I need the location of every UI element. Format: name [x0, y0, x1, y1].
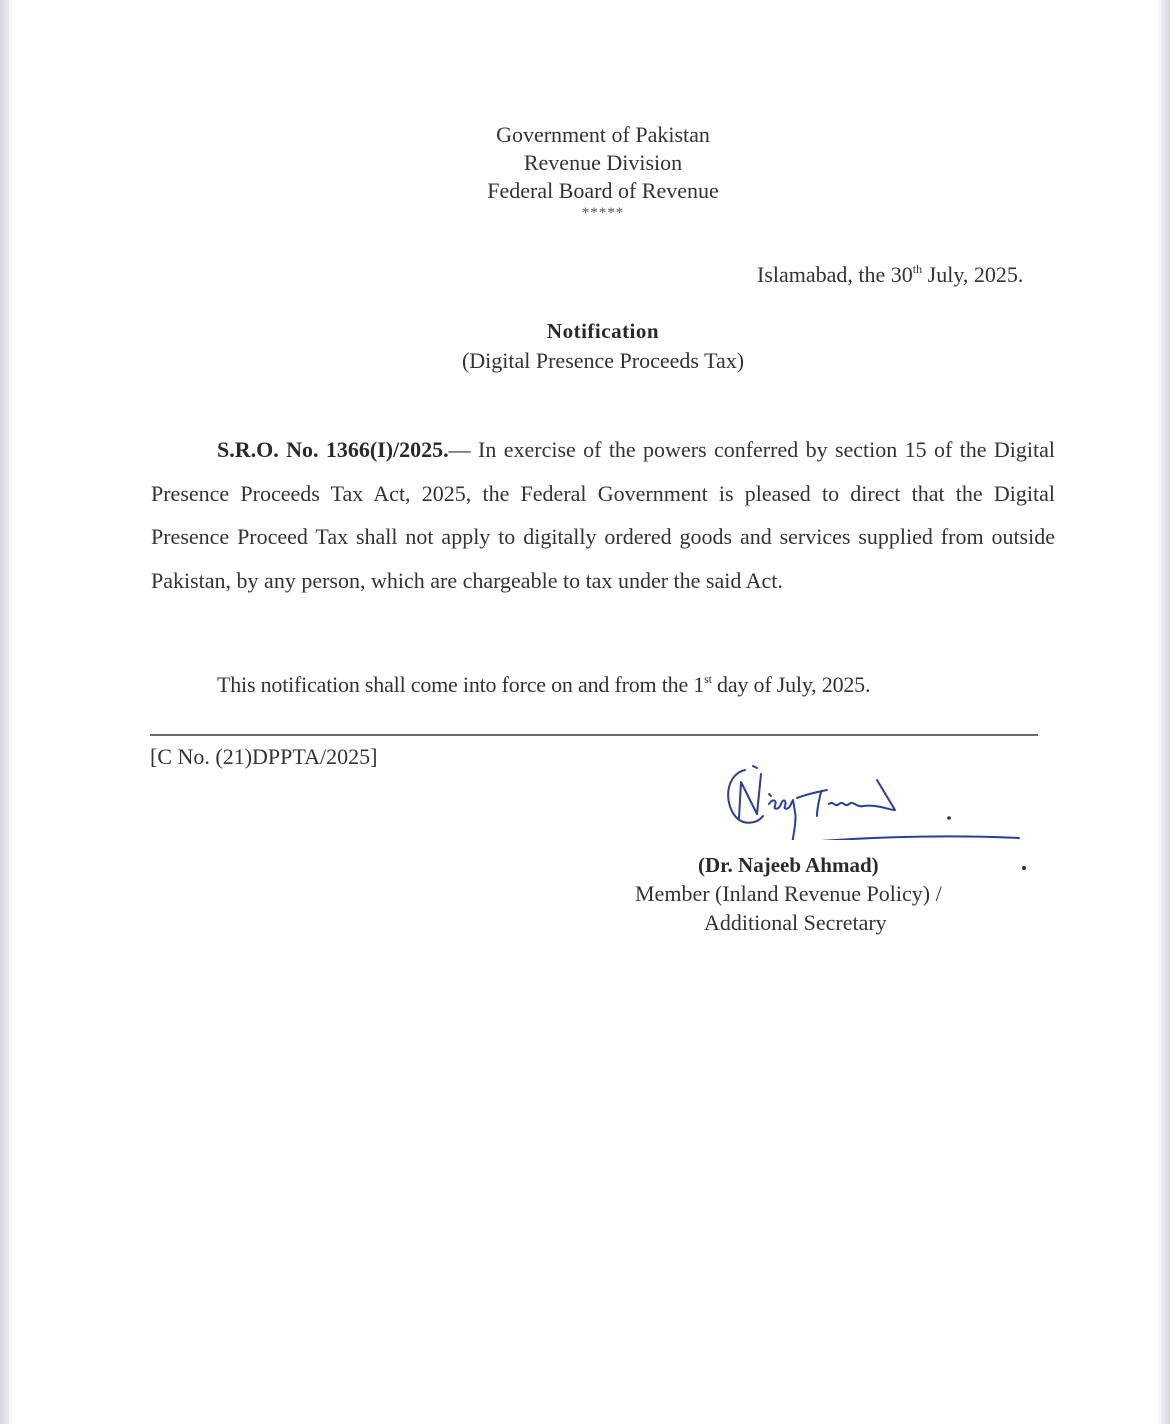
- letterhead-division: Revenue Division: [0, 149, 1170, 177]
- letterhead: Government of Pakistan Revenue Division …: [0, 121, 1170, 221]
- letterhead-separator: *****: [0, 205, 1170, 221]
- stray-mark: [1022, 866, 1026, 870]
- effective-date-statement: This notification shall come into force …: [217, 672, 870, 698]
- letterhead-board: Federal Board of Revenue: [0, 177, 1170, 205]
- file-reference: [C No. (21)DPPTA/2025]: [150, 744, 377, 770]
- notification-body: S.R.O. No. 1366(I)/2025.— In exercise of…: [151, 428, 1055, 602]
- signatory-name: (Dr. Najeeb Ahmad): [698, 853, 879, 878]
- signature-icon: [717, 760, 1027, 840]
- notification-subtitle: (Digital Presence Proceeds Tax): [0, 348, 1170, 374]
- issue-date: Islamabad, the 30th July, 2025.: [757, 262, 1023, 288]
- notification-title: Notification: [0, 319, 1170, 344]
- sro-number: S.R.O. No. 1366(I)/2025.: [217, 437, 449, 462]
- divider-line: [150, 734, 1038, 736]
- document-page: Government of Pakistan Revenue Division …: [12, 0, 1158, 1424]
- signatory-title: Member (Inland Revenue Policy) /: [635, 881, 942, 907]
- letterhead-government: Government of Pakistan: [0, 121, 1170, 149]
- signatory-designation: Additional Secretary: [704, 910, 887, 936]
